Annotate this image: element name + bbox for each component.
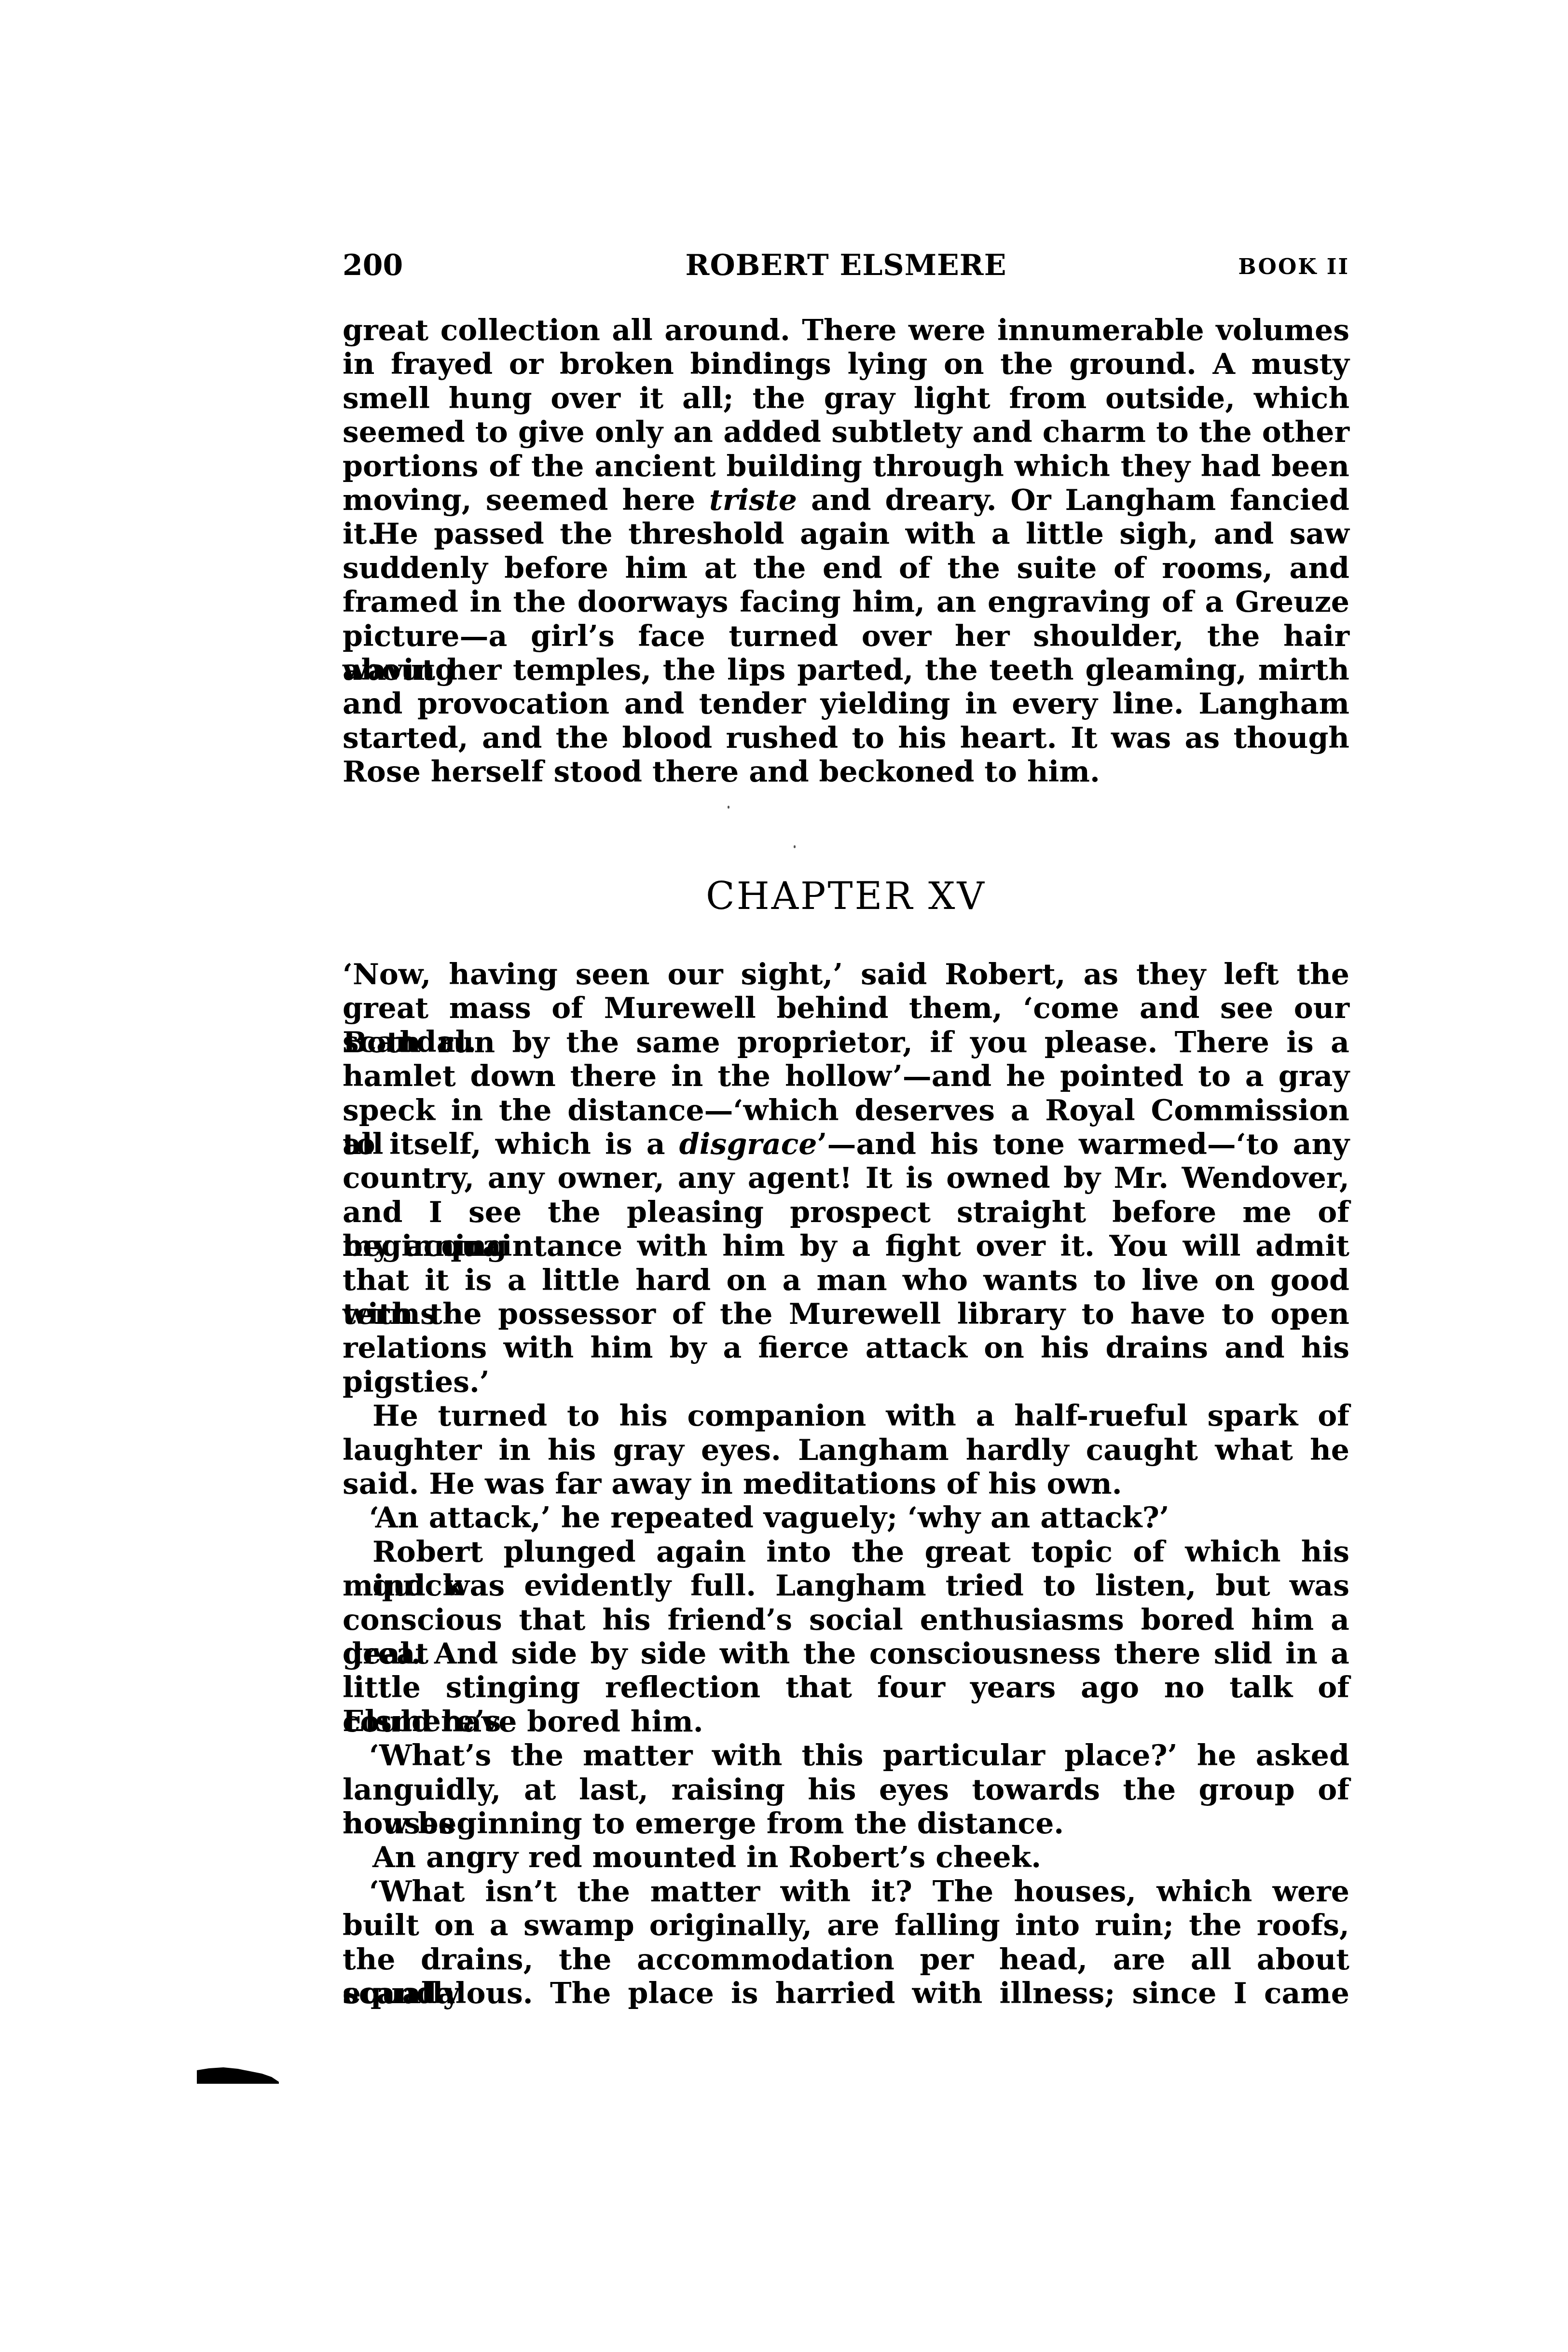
text-line: speck in the distance—‘which deserves a … [343, 1094, 1349, 1128]
text-line: smell hung over it all; the gray light f… [343, 382, 1349, 415]
text-line: mind was evidently full. Langham tried t… [343, 1569, 1349, 1603]
paragraph-start-line: Robert plunged again into the great topi… [343, 1535, 1349, 1569]
text-line: framed in the doorways facing him, an en… [343, 585, 1349, 619]
text-line: country, any owner, any agent! It is own… [343, 1161, 1349, 1195]
text-line: in frayed or broken bindings lying on th… [343, 347, 1349, 381]
print-speck [728, 806, 729, 809]
text-line: and provocation and tender yielding in e… [343, 687, 1349, 721]
text-line-with-italic: moving, seemed here triste and dreary. O… [343, 483, 1349, 517]
text-line: great mass of Murewell behind them, ‘com… [343, 991, 1349, 1025]
paragraph-single-line: ‘An attack,’ he repeated vaguely; ‘why a… [343, 1501, 1349, 1535]
text-segment: to itself, which is a [343, 1128, 679, 1161]
text-line: my acquaintance with him by a fight over… [343, 1229, 1349, 1263]
scan-artifact-mark [197, 2067, 279, 2084]
paragraph-single-line: An angry red mounted in Robert’s cheek. [343, 1841, 1349, 1874]
paragraph-start-line: ‘What’s the matter with this particular … [343, 1739, 1349, 1773]
paragraph-start-line: ‘What isn’t the matter with it? The hous… [343, 1875, 1349, 1909]
text-line: little stinging reflection that four yea… [343, 1671, 1349, 1705]
text-line: relations with him by a fierce attack on… [343, 1331, 1349, 1365]
text-line: the drains, the accommodation per head, … [343, 1943, 1349, 1977]
text-line: with the possessor of the Murewell libra… [343, 1297, 1349, 1331]
italic-word: disgrace [679, 1128, 817, 1161]
text-line: portions of the ancient building through… [343, 450, 1349, 483]
text-line: Both run by the same proprietor, if you … [343, 1026, 1349, 1059]
text-line-last: pigsties.’ [343, 1365, 1349, 1399]
text-segment: moving, seemed here [343, 483, 709, 517]
text-line: hamlet down there in the hollow’—and he … [343, 1059, 1349, 1093]
text-line: languidly, at last, raising his eyes tow… [343, 1773, 1349, 1807]
text-line: conscious that his friend’s social enthu… [343, 1603, 1349, 1637]
text-line: deal. And side by side with the consciou… [343, 1637, 1349, 1671]
text-line: scandalous. The place is harried with il… [343, 1977, 1349, 2010]
text-line: about her temples, the lips parted, the … [343, 653, 1349, 687]
book-page: 200 ROBERT ELSMERE BOOK II great collect… [0, 0, 1568, 2352]
text-line-last: could have bored him. [343, 1705, 1349, 1739]
text-line: started, and the blood rushed to his hea… [343, 721, 1349, 755]
paragraph-start-line: He passed the threshold again with a lit… [343, 517, 1349, 551]
text-line: laughter in his gray eyes. Langham hardl… [343, 1433, 1349, 1467]
text-line: and I see the pleasing prospect straight… [343, 1196, 1349, 1229]
text-line: picture—a girl’s face turned over her sh… [343, 619, 1349, 653]
paragraph-start-line: He turned to his companion with a half-r… [343, 1399, 1349, 1433]
text-line: seemed to give only an added subtlety an… [343, 415, 1349, 449]
chapter-heading: CHAPTER XV [343, 872, 1349, 921]
text-line: suddenly before him at the end of the su… [343, 551, 1349, 585]
text-line-last: said. He was far away in meditations of … [343, 1467, 1349, 1501]
paragraph-start-line: ‘Now, having seen our sight,’ said Rober… [343, 958, 1349, 991]
running-title: ROBERT ELSMERE [343, 248, 1349, 282]
ink-smudge-icon [197, 2067, 279, 2084]
text-line: that it is a little hard on a man who wa… [343, 1264, 1349, 1297]
running-header: 200 ROBERT ELSMERE BOOK II [343, 248, 1349, 282]
book-label: BOOK II [1238, 250, 1349, 284]
text-line: great collection all around. There were … [343, 314, 1349, 347]
text-line-last: Rose herself stood there and beckoned to… [343, 755, 1349, 789]
print-speck [794, 845, 796, 848]
text-segment: ’—and his tone warmed—‘to any [817, 1128, 1349, 1161]
text-line-last: now beginning to emerge from the distanc… [343, 1807, 1349, 1841]
italic-word: triste [709, 483, 797, 517]
text-line-with-italic: to itself, which is a disgrace’—and his … [343, 1128, 1349, 1161]
text-line: built on a swamp originally, are falling… [343, 1909, 1349, 1942]
